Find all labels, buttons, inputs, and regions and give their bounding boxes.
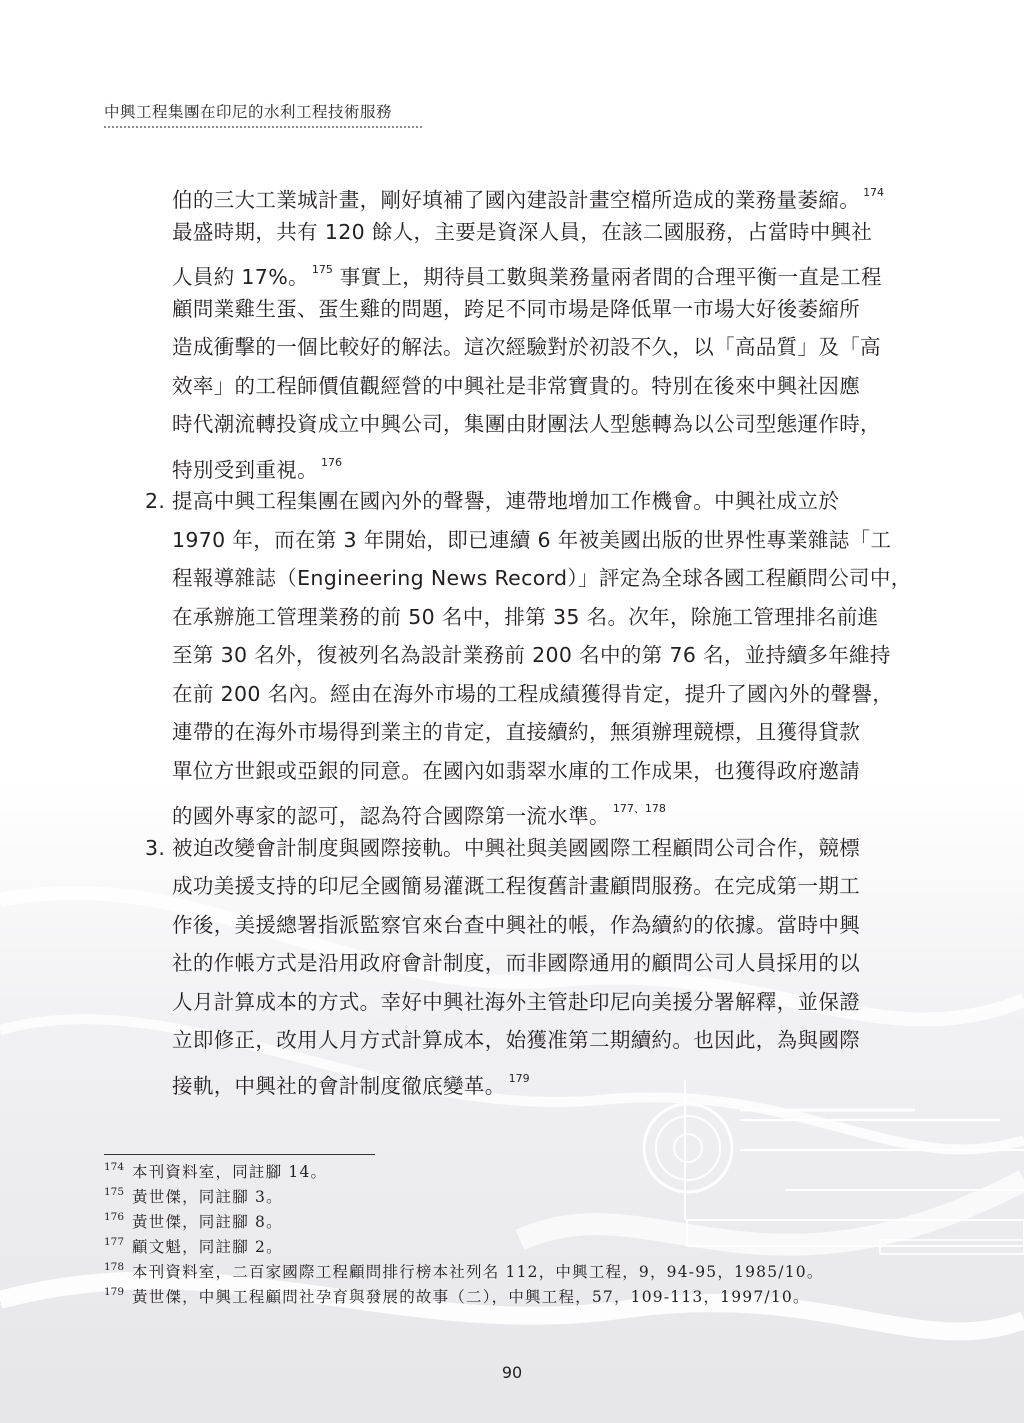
body-line: 社的作帳方式是沿用政府會計制度，而非國際通用的顧問公司人員採用的以 <box>172 944 920 983</box>
body-line: 單位方世銀或亞銀的同意。在國內如翡翠水庫的工作成果，也獲得政府邀請 <box>172 752 920 791</box>
footnote-number: 179 <box>104 1280 124 1305</box>
footnote-177: 177顧文魁，同註腳 2。 <box>104 1235 924 1260</box>
footnote-ref[interactable]: 179 <box>509 1072 530 1085</box>
body-line: 特別受到重視。176 <box>172 444 920 483</box>
list-item-2: 2.提高中興工程集團在國內外的聲譽，連帶地增加工作機會。中興社成立於 <box>172 482 920 521</box>
header-dotted-rule <box>104 126 422 128</box>
footnote-number: 178 <box>104 1255 124 1280</box>
body-line: 接軌，中興社的會計制度徹底變革。179 <box>172 1060 920 1099</box>
list-number: 2. <box>145 482 165 521</box>
list-item-3: 3.被迫改變會計制度與國際接軌。中興社與美國國際工程顧問公司合作，競標 <box>172 829 920 868</box>
list-number: 3. <box>145 829 165 868</box>
body-line: 程報導雜誌（Engineering News Record）」評定為全球各國工程… <box>172 559 920 598</box>
footnote-ref[interactable]: 174 <box>863 186 884 199</box>
body-line: 成功美援支持的印尼全國簡易灌溉工程復舊計畫顧問服務。在完成第一期工 <box>172 867 920 906</box>
footnote-175: 175黃世傑，同註腳 3。 <box>104 1185 924 1210</box>
footnote-ref[interactable]: 176 <box>321 456 342 469</box>
body-line: 連帶的在海外市場得到業主的肯定，直接續約，無須辦理競標，且獲得貸款 <box>172 713 920 752</box>
footnote-number: 175 <box>104 1180 124 1205</box>
body-line: 最盛時期，共有 120 餘人，主要是資深人員，在該二國服務，占當時中興社 <box>172 213 920 252</box>
body-line: 造成衝擊的一個比較好的解法。這次經驗對於初設不久，以「高品質」及「高 <box>172 328 920 367</box>
footnote-separator <box>104 1154 375 1155</box>
footnote-179: 179黃世傑，中興工程顧問社孕育與發展的故事（二），中興工程，57，109-11… <box>104 1285 924 1310</box>
body-line: 在前 200 名內。經由在海外市場的工程成績獲得肯定，提升了國內外的聲譽， <box>172 675 920 714</box>
body-line: 作後，美援總署指派監察官來台查中興社的帳，作為續約的依據。當時中興 <box>172 906 920 945</box>
footnote-174: 174本刊資料室，同註腳 14。 <box>104 1160 924 1185</box>
body-line: 顧問業雞生蛋、蛋生雞的問題，跨足不同市場是降低單一市場大好後萎縮所 <box>172 290 920 329</box>
footnote-number: 176 <box>104 1205 124 1230</box>
footnote-ref[interactable]: 177、178 <box>613 802 666 815</box>
body-line: 的國外專家的認可，認為符合國際第一流水準。177、178 <box>172 790 920 829</box>
running-header-title: 中興工程集團在印尼的水利工程技術服務 <box>104 100 392 122</box>
body-line: 在承辦施工管理業務的前 50 名中，排第 35 名。次年，除施工管理排名前進 <box>172 598 920 637</box>
body-line: 至第 30 名外，復被列名為設計業務前 200 名中的第 76 名，並持續多年維… <box>172 636 920 675</box>
footnotes: 174本刊資料室，同註腳 14。 175黃世傑，同註腳 3。 176黃世傑，同註… <box>104 1160 924 1310</box>
body-line: 效率」的工程師價值觀經營的中興社是非常寶貴的。特別在後來中興社因應 <box>172 367 920 406</box>
footnote-number: 177 <box>104 1230 124 1255</box>
main-body: 伯的三大工業城計畫，剛好填補了國內建設計畫空檔所造成的業務量萎縮。174 最盛時… <box>172 174 920 1098</box>
body-line: 立即修正，改用人月方式計算成本，始獲准第二期續約。也因此，為與國際 <box>172 1021 920 1060</box>
body-line: 人員約 17%。175 事實上，期待員工數與業務量兩者間的合理平衡一直是工程 <box>172 251 920 290</box>
body-line: 1970 年，而在第 3 年開始，即已連續 6 年被美國出版的世界性專業雜誌「工 <box>172 521 920 560</box>
page-number: 90 <box>0 1363 1024 1382</box>
footnote-ref[interactable]: 175 <box>312 263 333 276</box>
body-line: 人月計算成本的方式。幸好中興社海外主管赴印尼向美援分署解釋，並保證 <box>172 983 920 1022</box>
body-line: 時代潮流轉投資成立中興公司，集團由財團法人型態轉為以公司型態運作時， <box>172 405 920 444</box>
body-line: 伯的三大工業城計畫，剛好填補了國內建設計畫空檔所造成的業務量萎縮。174 <box>172 174 920 213</box>
footnote-176: 176黃世傑，同註腳 8。 <box>104 1210 924 1235</box>
footnote-number: 174 <box>104 1155 124 1180</box>
footnote-178: 178本刊資料室，二百家國際工程顧問排行榜本社列名 112，中興工程，9，94-… <box>104 1260 924 1285</box>
